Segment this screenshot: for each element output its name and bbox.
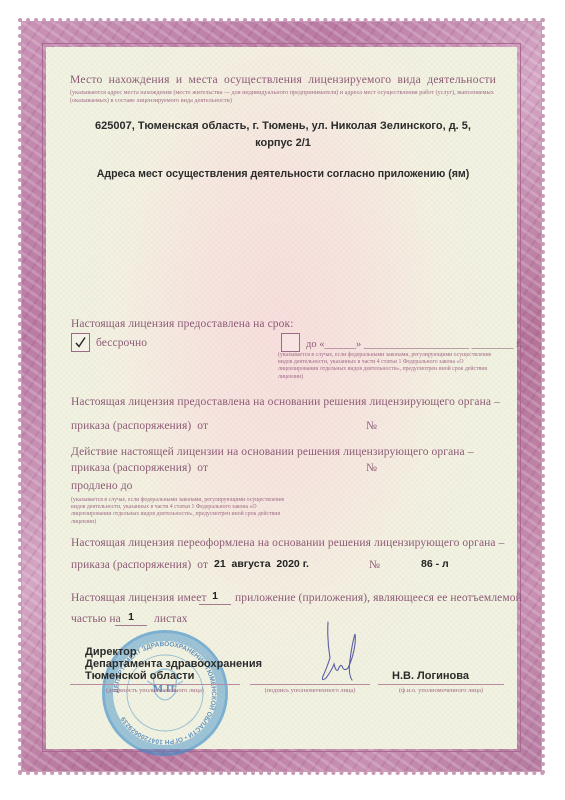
- extended-basis-line1: Действие настоящей лицензии на основании…: [71, 446, 474, 458]
- signatory-position-line2: Департамента здравоохранения: [85, 658, 262, 670]
- reissued-number-sign: №: [369, 559, 380, 571]
- appendix-sheets: 1: [115, 611, 147, 623]
- appendix-sheets-line: [115, 625, 147, 626]
- indefinite-checkbox[interactable]: [71, 333, 90, 352]
- granted-basis-line1: Настоящая лицензия предоставлена на осно…: [71, 396, 500, 408]
- until-date-checkbox[interactable]: [281, 333, 300, 352]
- term-heading: Настоящая лицензия предоставлена на срок…: [71, 318, 294, 330]
- reissued-order-number: 86 - л: [421, 558, 449, 570]
- signatory-position-line3: Тюменской области: [85, 670, 194, 682]
- address-line-2: корпус 2/1: [60, 137, 506, 149]
- signatory-position-line1: Директор: [85, 646, 137, 658]
- position-caption: (должность уполномоченного лица): [70, 687, 240, 695]
- name-caption: (ф.и.о. уполномоченного лица): [378, 687, 504, 695]
- extended-hint: (указывается в случае, если федеральными…: [71, 497, 291, 526]
- reissued-basis-order-label: приказа (распоряжения) от: [71, 559, 208, 571]
- signature-caption: (подпись уполномоченного лица): [250, 687, 370, 695]
- position-line: [70, 684, 240, 685]
- appendix-sheets-prefix: частью на: [71, 613, 121, 625]
- appendix-prefix: Настоящая лицензия имеет: [71, 592, 207, 604]
- reissued-order-date: 21 августа 2020 г.: [214, 558, 309, 570]
- extended-basis-order-label: приказа (распоряжения) от: [71, 462, 208, 474]
- granted-basis-order-label: приказа (распоряжения) от: [71, 420, 208, 432]
- checkmark-icon: [72, 334, 89, 351]
- places-note: Адреса мест осуществления деятельности с…: [60, 168, 506, 180]
- appendix-sheets-suffix: листах: [154, 613, 188, 625]
- location-heading: Место нахождения и места осуществления л…: [70, 73, 496, 86]
- indefinite-label: бессрочно: [96, 337, 147, 349]
- extended-until-label: продлено до: [71, 480, 133, 492]
- until-date-hint: (указывается в случае, если федеральными…: [278, 352, 502, 381]
- appendix-middle: приложение (приложения), являющееся ее н…: [235, 592, 522, 604]
- until-date-label: до «______» ____________________ _______…: [306, 339, 522, 350]
- location-hint: (указываются адрес места нахождения (мес…: [70, 89, 498, 104]
- name-line: [378, 684, 504, 685]
- signatory-name: Н.В. Логинова: [392, 670, 469, 682]
- reissued-basis-line1: Настоящая лицензия переоформлена на осно…: [71, 537, 504, 549]
- address-line-1: 625007, Тюменская область, г. Тюмень, ул…: [60, 120, 506, 132]
- granted-basis-number-sign: №: [366, 420, 377, 432]
- extended-basis-number-sign: №: [366, 462, 377, 474]
- handwritten-signature: [318, 620, 368, 685]
- appendix-count-line: [199, 604, 231, 605]
- appendix-count: 1: [199, 590, 231, 602]
